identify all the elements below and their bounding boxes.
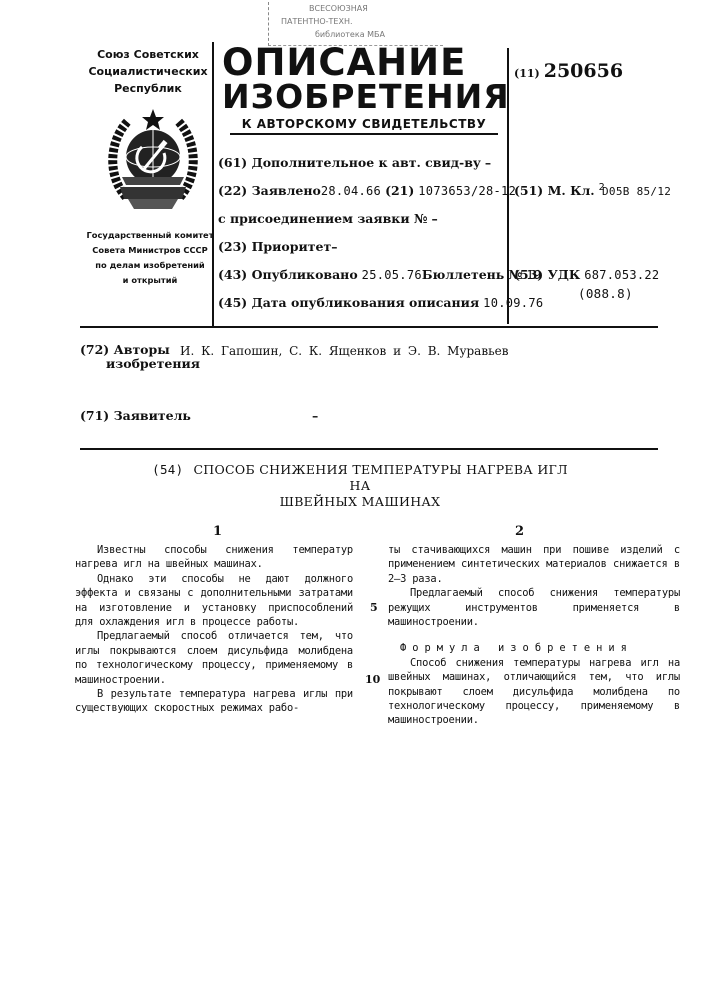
- document-subtitle: К АВТОРСКОМУ СВИДЕТЕЛЬСТВУ: [230, 117, 498, 135]
- column-number: 1: [213, 524, 222, 539]
- field-45: (45) Дата опубликования описания 10.09.7…: [218, 295, 543, 310]
- field-53: (53) УДК 687.053.22: [514, 267, 659, 282]
- divider-left: [212, 42, 214, 328]
- field-label: (45) Дата опубликования описания: [218, 295, 479, 310]
- authors-names: И. К. Гапошин, С. К. Ященков и Э. В. Мур…: [180, 344, 508, 358]
- bulletin-label: Бюллетень №: [422, 267, 522, 282]
- committee-line: и открытий: [80, 273, 220, 288]
- line-number: 10: [365, 673, 380, 686]
- publication-date: 25.05.76: [362, 268, 422, 282]
- applicant-value: –: [312, 408, 318, 423]
- field-value: –: [331, 239, 337, 254]
- field-label: (21): [385, 183, 414, 198]
- patent-number-value: 250656: [544, 60, 623, 82]
- field-23: (23) Приоритет–: [218, 239, 337, 254]
- authors-label-line: изобретения: [80, 357, 200, 371]
- field-label: (22) Заявлено: [218, 183, 321, 198]
- stamp-line: ПАТЕНТНО-ТЕХН.: [281, 15, 443, 28]
- state-committee: Государственный комитет Совета Министров…: [80, 228, 220, 288]
- classification-value: D05B 85/12: [602, 185, 671, 198]
- invention-title-code: (54): [152, 462, 183, 477]
- horizontal-rule: [80, 448, 658, 450]
- horizontal-rule: [80, 326, 658, 328]
- claims-text: Способ снижения температуры нагрева игл …: [388, 656, 680, 728]
- udc-value: 687.053.22: [584, 268, 659, 282]
- line-number: 5: [370, 601, 378, 614]
- paragraph: Предлагаемый способ снижения температуры…: [388, 586, 680, 629]
- body-column-2: ты стачивающихся машин при пошиве издели…: [388, 543, 680, 728]
- field-value: –: [485, 155, 491, 170]
- invention-title-line: ШВЕЙНЫХ МАШИНАХ: [140, 494, 580, 510]
- field-22-21: (22) Заявлено28.04.66 (21) 1073653/28-12: [218, 183, 516, 198]
- paragraph: В результате температура нагрева иглы пр…: [75, 687, 353, 716]
- paragraph: Известны способы снижения температур наг…: [75, 543, 353, 572]
- country-name: Союз Советских Социалистических Республи…: [88, 46, 208, 97]
- classification-edition: 2: [599, 182, 605, 193]
- field-label: (43) Опубликовано: [218, 267, 358, 282]
- field-label: (53) УДК: [514, 267, 580, 282]
- paragraph: Однако эти способы не дают должного эффе…: [75, 572, 353, 630]
- paragraph: ты стачивающихся машин при пошиве издели…: [388, 543, 680, 586]
- field-label: (51) М. Кл.: [514, 183, 595, 198]
- field-label: (23) Приоритет: [218, 239, 331, 254]
- patent-number-code: (11): [514, 67, 540, 80]
- field-51: (51) М. Кл. 2D05B 85/12: [514, 183, 671, 198]
- field-43: (43) Опубликовано 25.05.76Бюллетень № 19: [218, 267, 541, 282]
- invention-title: (54)СПОСОБ СНИЖЕНИЯ ТЕМПЕРАТУРЫ НАГРЕВА …: [140, 462, 580, 510]
- stamp-line: библиотека МБА: [281, 28, 443, 41]
- invention-title-line: СПОСОБ СНИЖЕНИЯ ТЕМПЕРАТУРЫ НАГРЕВА ИГЛ …: [193, 462, 567, 493]
- column-number: 2: [515, 524, 524, 539]
- ussr-coat-of-arms-icon: [106, 107, 200, 213]
- paragraph: Предлагаемый способ отличается тем, что …: [75, 629, 353, 687]
- applicant-label: (71) Заявитель: [80, 408, 191, 423]
- field-value: –: [432, 211, 438, 226]
- description-publication-date: 10.09.76: [483, 296, 543, 310]
- committee-line: по делам изобретений: [80, 258, 220, 273]
- field-joining: с присоединением заявки № –: [218, 211, 438, 226]
- document-title-line2: ИЗОБРЕТЕНИЯ: [222, 79, 502, 115]
- filing-date: 28.04.66: [321, 184, 381, 198]
- committee-line: Государственный комитет: [80, 228, 220, 243]
- claims-heading: Формула изобретения: [388, 641, 680, 655]
- country-line: Союз Советских: [88, 46, 208, 63]
- body-column-1: Известны способы снижения температур наг…: [75, 543, 353, 716]
- committee-line: Совета Министров СССР: [80, 243, 220, 258]
- patent-number: (11)250656: [514, 60, 623, 82]
- field-61: (61) Дополнительное к авт. свид-ву –: [218, 155, 491, 170]
- field-label: (61) Дополнительное к авт. свид-ву: [218, 155, 481, 170]
- field-label: с присоединением заявки №: [218, 211, 428, 226]
- country-line: Республик: [88, 80, 208, 97]
- stamp-line: ВСЕСОЮЗНАЯ: [281, 2, 443, 15]
- udc-value-2: (088.8): [578, 286, 633, 301]
- application-number: 1073653/28-12: [418, 184, 516, 198]
- country-line: Социалистических: [88, 63, 208, 80]
- library-stamp: ВСЕСОЮЗНАЯ ПАТЕНТНО-ТЕХН. библиотека МБА: [268, 2, 443, 46]
